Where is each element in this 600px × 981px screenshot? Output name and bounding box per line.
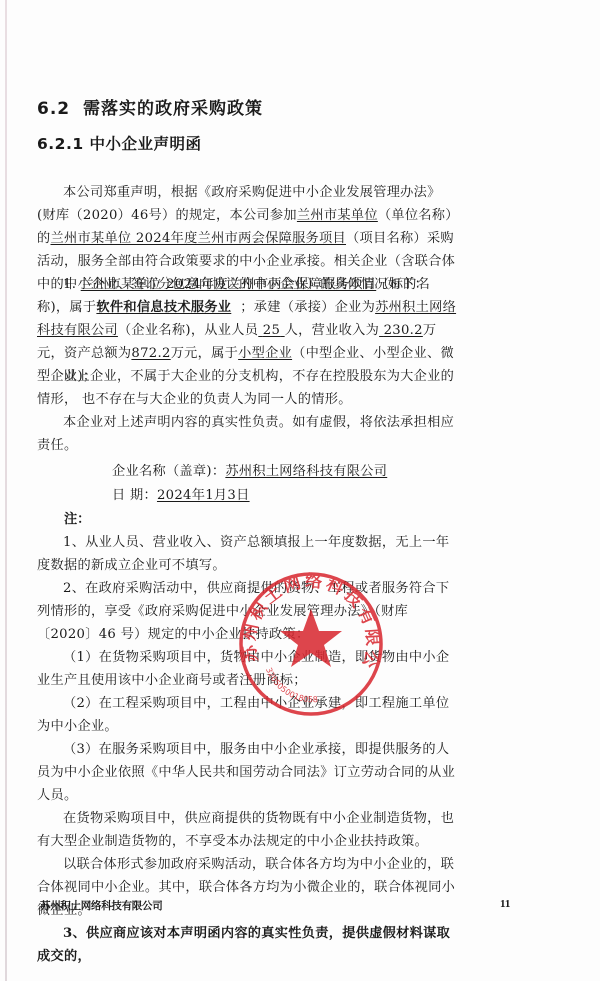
industry: 软件和信息技术服务业: [96, 300, 231, 315]
statement-text: 本企业对上述声明内容的真实性负责。如有虚假，将依法承担相应责任。: [37, 411, 457, 457]
subsection-heading: 6.2.1 中小企业声明函: [37, 132, 202, 154]
item-text: 万元，属于: [171, 346, 238, 361]
revenue-value: 230.2: [379, 323, 423, 338]
not-big-enterprise-statement: 以上企业，不属于大企业的分支机构，不存在控股股东为大企业的情形， 也不存在与大企…: [37, 365, 457, 411]
page-number: 11: [500, 898, 510, 910]
signature-value: 苏州积土网络科技有限公司: [225, 464, 387, 479]
item-number: 1.: [63, 277, 76, 292]
note-2-mixed-goods: 在货物采购项目中，供应商提供的货物既有中小企业制造货物，也有大型企业制造货物的，…: [37, 807, 457, 853]
signature-date: 日 期：2024年1月3日: [112, 484, 250, 503]
note-2-services: （3）在服务采购项目中，服务由中小企业承接，即提供服务的人员为中小企业依照《中华…: [37, 738, 457, 807]
section-number: 6.2: [37, 99, 83, 119]
item-text: ；承建（承接）企业为: [240, 300, 375, 315]
subsection-title: 中小企业声明函: [90, 135, 202, 153]
document-page: 6.2需落实的政府采购政策 6.2.1 中小企业声明函 本公司郑重声明，根据《政…: [0, 0, 600, 981]
statement-text: 以上企业，不属于大企业的分支机构，不存在控股股东为大企业的情形， 也不存在与大企…: [37, 365, 457, 411]
employee-count: 25: [258, 323, 284, 338]
truthfulness-statement: 本企业对上述声明内容的真实性负责。如有虚假，将依法承担相应责任。: [37, 411, 457, 457]
enterprise-size: 小型企业: [238, 346, 292, 361]
date-value: 2024年1月3日: [157, 488, 250, 503]
item-text: 人，营业收入为: [285, 323, 379, 338]
project-name: 兰州市某单位 2024年度兰州市两会保障服务项目: [51, 231, 347, 246]
assets-value: 872.2: [131, 346, 170, 361]
subsection-number: 6.2.1: [37, 135, 84, 153]
section-title: 需落实的政府采购政策: [83, 99, 263, 119]
note-2: 2、在政府采购活动中，供应商提供的货物、工程或者服务符合下列情形的，享受《政府采…: [37, 577, 457, 646]
section-heading: 6.2需落实的政府采购政策: [37, 94, 263, 119]
note-1: 1、从业人员、营业收入、资产总额填报上一年度数据，无上一年度数据的新成立企业可不…: [37, 531, 457, 577]
subject-name: 兰州市某单位 2024年度兰州市两会保障服务项目: [81, 277, 377, 292]
note-2-goods: （1）在货物采购项目中，货物由中小企业制造，即货物由中小企业生产且使用该中小企业…: [37, 646, 457, 692]
note-3: 3、供应商应该对本声明函内容的真实性负责，提供虚假材料谋取成交的，: [37, 922, 457, 968]
footer-company: 苏州积土网络科技有限公司: [40, 898, 162, 913]
signature-label: 企业名称（盖章)：: [112, 464, 225, 479]
item-text: （企业名称)，从业人员: [118, 323, 258, 338]
notes-label: 注：: [64, 508, 90, 527]
signature-company: 企业名称（盖章)：苏州积土网络科技有限公司: [112, 460, 387, 479]
date-label: 日 期：: [112, 488, 157, 503]
note-2-works: （2）在工程采购项目中，工程由中小企业承建，即工程施工单位为中小企业。: [37, 692, 457, 738]
buyer-name: 兰州市某单位: [297, 208, 378, 223]
